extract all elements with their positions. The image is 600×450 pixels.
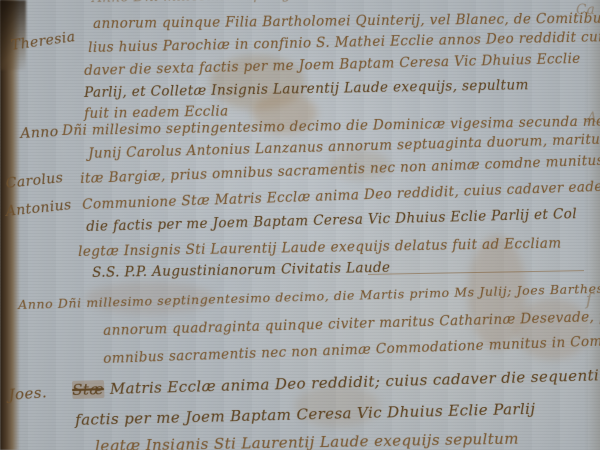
manuscript-line: annorum quinque Filia Bartholomei Quinte… — [93, 10, 600, 32]
margin-note-anno: Anno — [20, 124, 59, 142]
manuscript-page-photo: Theresia Anno Carolus Antonius Joes. Ann… — [0, 0, 600, 450]
manuscript-line: legtæ Insignis Sti Laurentij Laude exequ… — [95, 430, 519, 450]
facing-page-text-fragment: Ca — [576, 2, 595, 18]
margin-note-joes: Joes. — [8, 383, 48, 404]
manuscript-line: Anno Dñi millesimo septingentesimo — [92, 0, 357, 6]
manuscript-line: S.S. P.P. Augustinianorum Civitatis Laud… — [92, 260, 391, 281]
manuscript-line: die factis per me Joem Baptam Ceresa Vic… — [86, 206, 577, 235]
book-gutter-corner — [0, 0, 26, 70]
facing-page-text-fragment: ſ — [586, 290, 593, 310]
manuscript-line: fuit in eadem Ecclia — [84, 103, 229, 122]
manuscript-line: daver die sexta factis per me Joem Bapta… — [84, 51, 581, 79]
struck-word: Stæ — [72, 380, 104, 399]
facing-page-text-fragment: A — [587, 110, 597, 126]
